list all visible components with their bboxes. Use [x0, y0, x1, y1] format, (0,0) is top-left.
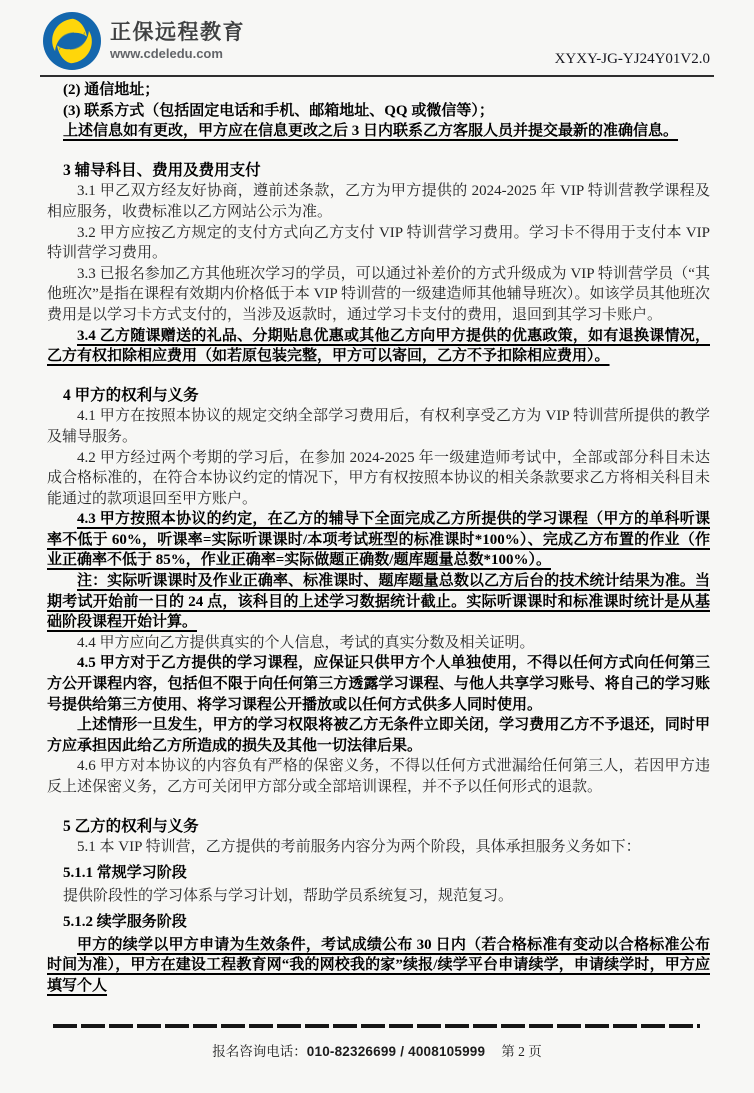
- footer-phone-numbers: 010-82326699 / 4008105999: [307, 1044, 485, 1059]
- header-divider: [40, 75, 714, 77]
- paragraph: 3.4 乙方随课赠送的礼品、分期贴息优惠或其他乙方向甲方提供的优惠政策，如有退换…: [47, 326, 710, 367]
- footer-divider: [53, 1024, 700, 1028]
- paragraph: 3.2 甲方应按乙方规定的支付方式向乙方支付 VIP 特训营学习费用。学习卡不得…: [47, 223, 710, 264]
- paragraph: 4.1 甲方在按照本协议的规定交纳全部学习费用后，有权利享受乙方为 VIP 特训…: [47, 406, 710, 447]
- document-code: XYXY-JG-YJ24Y01V2.0: [555, 51, 710, 70]
- paragraph: 甲方的续学以甲方申请为生效条件，考试成绩公布 30 日内（若合格标准有变动以合格…: [47, 935, 710, 997]
- brand-url: www.cdeledu.com: [110, 47, 245, 61]
- paragraph: 5.1.1 常规学习阶段: [47, 863, 710, 884]
- page-header: 正保远程教育 www.cdeledu.com XYXY-JG-YJ24Y01V2…: [0, 0, 754, 77]
- logo-swirl-icon: [43, 12, 101, 70]
- paragraph: 3.3 已报名参加乙方其他班次学习的学员，可以通过补差价的方式升级成为 VIP …: [47, 264, 710, 326]
- paragraph: 5.1.2 续学服务阶段: [47, 912, 710, 933]
- brand-name: 正保远程教育: [110, 21, 245, 44]
- paragraph: 4.6 甲方对本协议的内容负有严格的保密义务，不得以任何方式泄漏给任何第三人，若…: [47, 756, 710, 797]
- paragraph: 3 辅导科目、费用及费用支付: [47, 161, 710, 182]
- paragraph: 4.3 甲方按照本协议的约定，在乙方的辅导下全面完成乙方所提供的学习课程（甲方的…: [47, 509, 710, 571]
- paragraph: 注：实际听课课时及作业正确率、标准课时、题库题量总数以乙方后台的技术统计结果为准…: [47, 571, 710, 633]
- company-logo: 正保远程教育 www.cdeledu.com: [43, 12, 245, 70]
- footer-page-number: 第 2 页: [501, 1044, 542, 1059]
- paragraph: (2) 通信地址；: [47, 80, 710, 101]
- paragraph: 提供阶段性的学习体系与学习计划，帮助学员系统复习，规范复习。: [47, 886, 710, 907]
- paragraph: 上述信息如有更改，甲方应在信息更改之后 3 日内联系乙方客服人员并提交最新的准确…: [47, 121, 710, 142]
- paragraph: 4.4 甲方应向乙方提供真实的个人信息，考试的真实分数及相关证明。: [47, 633, 710, 654]
- paragraph: 4.5 甲方对于乙方提供的学习课程，应保证只供甲方个人单独使用，不得以任何方式向…: [47, 653, 710, 715]
- document-body: (2) 通信地址；(3) 联系方式（包括固定电话和手机、邮箱地址、QQ 或微信等…: [47, 80, 710, 996]
- footer-phone-label: 报名咨询电话：: [212, 1044, 307, 1059]
- paragraph: 上述情形一旦发生，甲方的学习权限将被乙方无条件立即关闭，学习费用乙方不予退还，同…: [47, 715, 710, 756]
- paragraph: 5.1 本 VIP 特训营，乙方提供的考前服务内容分为两个阶段，具体承担服务义务…: [47, 837, 710, 858]
- paragraph: 4.2 甲方经过两个考期的学习后，在参加 2024-2025 年一级建造师考试中…: [47, 448, 710, 510]
- paragraph: 4 甲方的权利与义务: [47, 386, 710, 407]
- paragraph: 5 乙方的权利与义务: [47, 817, 710, 838]
- paragraph: 3.1 甲乙双方经友好协商，遵前述条款，乙方为甲方提供的 2024-2025 年…: [47, 181, 710, 222]
- page-footer: 报名咨询电话：010-82326699 / 4008105999第 2 页: [0, 1040, 754, 1060]
- paragraph: (3) 联系方式（包括固定电话和手机、邮箱地址、QQ 或微信等）；: [47, 101, 710, 122]
